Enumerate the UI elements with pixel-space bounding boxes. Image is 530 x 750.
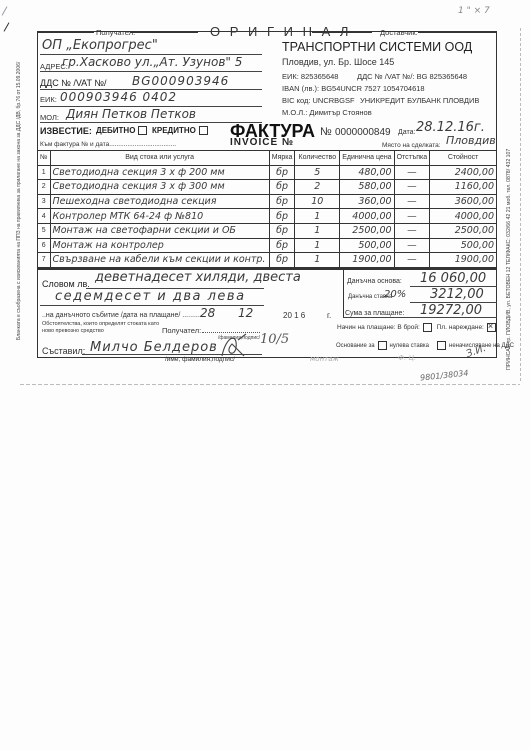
recipient-eik: 000903946 0402 [60,90,177,104]
tax-event-day: 28 [200,306,215,320]
row-number: 3 [38,194,51,209]
row-unit: бр [269,223,295,238]
recipient-name: ОП „Екопрогрес" [42,38,158,53]
row-number: 6 [38,238,51,253]
tax-event-month: 12 [238,306,253,320]
row-unit: бр [269,165,295,180]
row-unit-price: 4000,00 [340,209,394,224]
tax-amount-value: 3212,00 [430,287,484,302]
supplier-eik: ЕИК: 825365648 [282,72,338,81]
vat-label: ДДС № /VAT №/ [40,78,107,88]
total-value: 19272,00 [420,303,482,318]
row-discount: — [394,165,430,180]
notice-label: ИЗВЕСТИЕ: [40,126,92,136]
recipient-vat: BG000903946 [132,74,229,88]
row-item: Контролер МТК 64-24 ф №810 [50,209,269,224]
left-margin-text: Бланката е съобразена с изискванията на … [16,40,22,340]
supplier-mol: М.О.Л.: Димитър Стоянов [282,108,372,117]
zero-rate-checkbox[interactable] [378,341,387,350]
row-discount: — [394,223,430,238]
row-item: Монтаж на контролер [50,238,269,253]
composed-by-label: Съставил: [42,346,85,356]
row-value: 4000,00 [430,209,497,224]
row-discount: — [394,238,430,253]
reference-label: Към фактура № и дата....................… [40,141,176,148]
circumstances-label: Обстоятелства, които определят стоката к… [42,321,162,335]
recipient-mol: Диян Петков Петков [66,107,196,121]
table-row: 4 Контролер МТК 64-24 ф №810 бр 1 4000,0… [38,209,497,224]
recipient-signature-label: Получател: [162,326,201,335]
transfer-checkbox[interactable] [487,323,496,332]
supplier-name: ТРАНСПОРТНИ СИСТЕМИ ООД [282,40,472,54]
row-item: Светодиодна секция 3 х ф 200 мм [50,165,269,180]
payment-method-row: Начин на плащане: В брой: Пл. нареждане: [337,323,499,332]
items-table: № Вид стока или услуга Мярка Количество … [37,150,497,268]
row-quantity: 1 [295,209,340,224]
scan-mark [2,6,8,15]
row-discount: — [394,194,430,209]
credit-option[interactable]: КРЕДИТНО [152,126,211,135]
supplier-vat: ДДС № /VAT №/: BG 825365648 [357,72,467,81]
bottom-reference-note: 9801/38034 [420,368,469,382]
table-row: 1 Светодиодна секция 3 х ф 200 мм бр 5 4… [38,165,497,180]
payment-method-label: Начин на плащане: [337,324,396,331]
row-item: Светодиодна секция 3 х ф 300 мм [50,180,269,195]
transfer-label: Пл. нареждане: [437,324,484,331]
supplier-bank: УНИКРЕДИТ БУЛБАНК ПЛОВДИВ [360,96,479,105]
invoice-page: 1 " × 7 Получател: О Р И Г И Н А Л Доста… [0,0,530,750]
scan-mark [4,22,10,31]
debit-label: ДЕБИТНО [96,126,135,135]
table-row: 3 Пешеходна светодиодна секция бр 10 360… [38,194,497,209]
row-number: 2 [38,180,51,195]
row-quantity: 1 [295,223,340,238]
total-label: Сума за плащане: [345,310,404,317]
row-unit: бр [269,238,295,253]
supplier-legend: Доставчик: [380,28,418,37]
table-row: 2 Светодиодна секция 3 х ф 300 мм бр 2 5… [38,180,497,195]
faded-note-2: Ф. Ц. [398,354,416,362]
eik-label: ЕИК: [40,95,57,104]
zero-rate-label: нулева ставка [390,343,429,349]
col-header-unit-price: Единична цена [340,151,394,166]
tax-rate-value: 20% [384,289,406,300]
debit-option[interactable]: ДЕБИТНО [96,126,150,135]
row-value: 2500,00 [430,223,497,238]
right-margin-text: ПРИНСАМ гр. ПЛОВДИВ, ул. БЕТОВЕН 12 ТЕЛ/… [506,30,512,370]
perforation-line [20,384,520,385]
tax-base-label: Данъчна основа: [347,278,402,285]
place-label: Място на сделката: [382,142,441,149]
amount-in-words-label: Словом лв. [42,279,90,289]
invoice-date: 28.12.16г. [416,120,485,135]
row-quantity: 2 [295,180,340,195]
row-number: 5 [38,223,51,238]
basis-row: Основание занулева ставка неначисляване … [336,341,514,350]
table-row: 5 Монтаж на светофарни секции и ОБ бр 1 … [38,223,497,238]
row-number: 4 [38,209,51,224]
row-quantity: 1 [295,238,340,253]
debit-checkbox[interactable] [138,126,147,135]
row-value: 1900,00 [430,253,497,268]
row-number: 7 [38,253,51,268]
row-unit-price: 1900,00 [340,253,394,268]
tax-base-value: 16 060,00 [420,271,486,286]
row-unit: бр [269,209,295,224]
tax-event-year: 20 1 6 [283,311,305,320]
supplier-iban: IBAN (лв.): BG54UNCR 7527 1054704618 [282,84,425,93]
credit-checkbox[interactable] [199,126,208,135]
row-unit-price: 360,00 [340,194,394,209]
row-unit-price: 500,00 [340,238,394,253]
table-row: 7 Свързване на кабели към секции и контр… [38,253,497,268]
col-header-unit: Мярка [269,151,295,166]
row-unit-price: 580,00 [340,180,394,195]
row-unit-price: 480,00 [340,165,394,180]
place-value: Пловдив [446,134,496,147]
invoice-title-en: INVOICE № [230,137,294,148]
row-value: 1160,00 [430,180,497,195]
col-header-discount: Отстъпка [394,151,430,166]
row-value: 500,00 [430,238,497,253]
col-header-quantity: Количество [295,151,340,166]
supplier-bic: BIC код: UNCRBGSF [282,96,355,105]
row-item: Свързване на кабели към секции и контр. [50,253,269,268]
row-quantity: 5 [295,165,340,180]
row-discount: — [394,209,430,224]
credit-label: КРЕДИТНО [152,126,196,135]
row-discount: — [394,180,430,195]
row-unit: бр [269,253,295,268]
row-discount: — [394,253,430,268]
faded-note: монтаж [310,355,339,363]
table-row: 6 Монтаж на контролер бр 1 500,00 — 500,… [38,238,497,253]
table-header-row: № Вид стока или услуга Мярка Количество … [38,151,497,166]
row-quantity: 1 [295,253,340,268]
row-quantity: 10 [295,194,340,209]
invoice-number-label: № [320,126,332,138]
row-number: 1 [38,165,51,180]
col-header-item: Вид стока или услуга [50,151,269,166]
row-value: 3600,00 [430,194,497,209]
basis-label: Основание за [336,343,375,349]
signature-icon [218,330,250,362]
amount-in-words-line1: деветнадесет хиляди, двеста [95,270,301,285]
mol-label: МОЛ: [40,113,59,122]
year-suffix: г. [327,311,331,320]
recipient-address: гр.Хасково ул.„Ат. Узунов" 5 [62,55,242,69]
row-value: 2400,00 [430,165,497,180]
no-vat-checkbox[interactable] [437,341,446,350]
row-unit: бр [269,194,295,209]
note-10-5: 10/5 [260,332,289,347]
cash-checkbox[interactable] [423,323,432,332]
supplier-address: Пловдив, ул. Бр. Шосе 145 [282,57,394,67]
composed-by-name: Милчо Белдеров [90,340,218,355]
row-unit-price: 2500,00 [340,223,394,238]
amount-in-words-line2: седемдесет и два лева [55,289,246,304]
invoice-number: 0000000849 [335,127,391,138]
corner-note: 1 " × 7 [458,6,490,16]
tax-event-label: ..на данъчното събитие /дата на плащане/… [42,312,204,319]
col-header-number: № [38,151,51,166]
row-item: Пешеходна светодиодна секция [50,194,269,209]
date-label: Дата: [398,129,415,136]
row-item: Монтаж на светофарни секции и ОБ [50,223,269,238]
row-unit: бр [269,180,295,195]
cash-label: В брой: [397,324,420,331]
col-header-value: Стойност [430,151,497,166]
